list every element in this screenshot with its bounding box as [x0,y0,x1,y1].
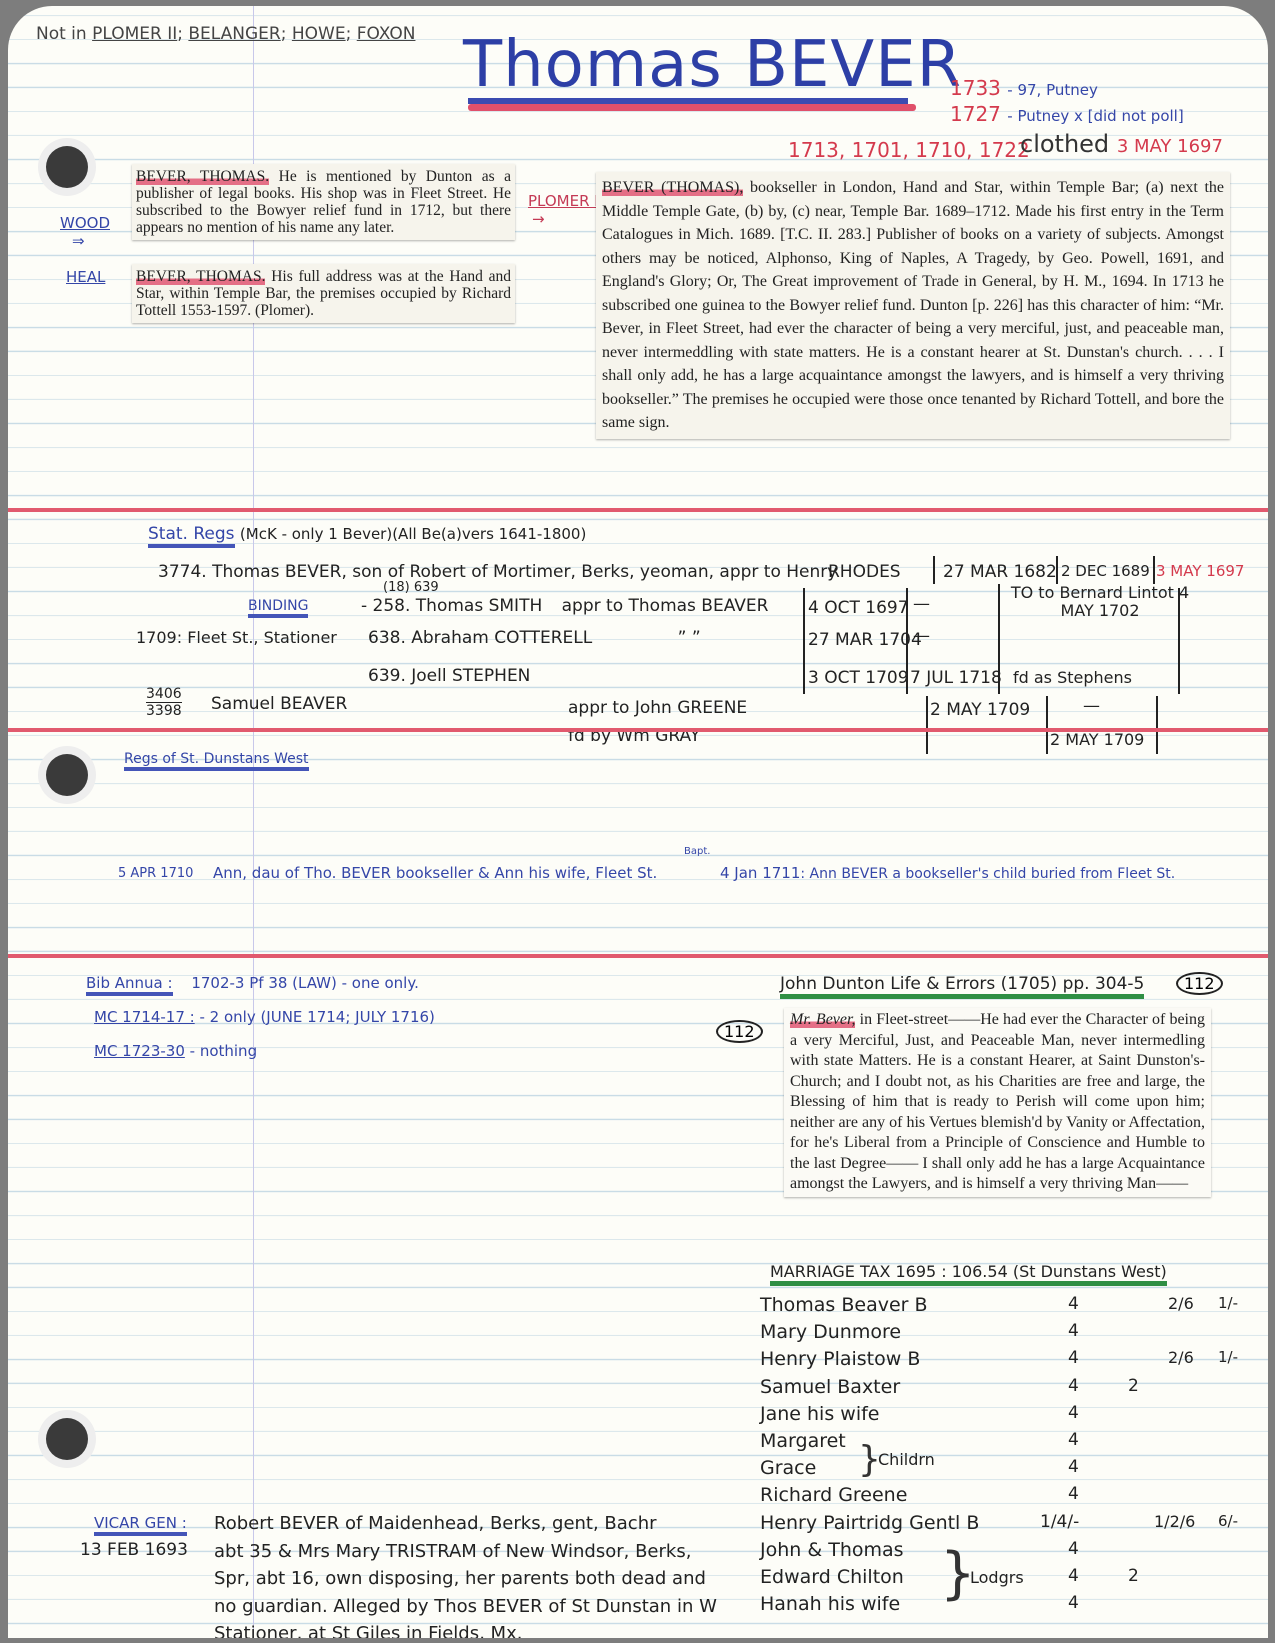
taxpayer-name: Hanah his wife [760,1593,900,1615]
entry-text: Joell STEPHEN [411,666,530,686]
page-reference-circle: 112 [716,1020,763,1043]
note-year: 1727 [950,102,1001,126]
clothed-note: clothed 3 MAY 1697 [1020,130,1223,158]
table-row: 638. Abraham COTTERELL ” ” [368,628,701,648]
vicar-gen-label: VICAR GEN : [94,1514,187,1536]
table-line [803,588,805,694]
vicar-gen-entry: Robert BEVER of Maidenhead, Berks, gent,… [214,1510,717,1638]
table-line [1156,696,1158,754]
taxpayer-name: Mary Dunmore [760,1321,901,1343]
dunton-heading: John Dunton Life & Errors (1705) pp. 304… [780,974,1144,994]
stat-regs-note: (McK - only 1 Bever)(All Be(a)vers 1641-… [240,525,586,543]
arrow-right-icon: ⇒ [60,232,110,250]
master-name: appr to Thomas BEAVER [562,596,769,616]
note-text: - 97, Putney [1007,81,1098,99]
clipping-text: in Fleet-street——He had ever the Charact… [790,1011,1205,1192]
wood-label-text: WOOD [60,214,110,232]
entry-text: Thomas SMITH [416,596,542,616]
bound-date: 4 OCT 1697 [808,598,909,618]
tax-amount: 4 [1068,1539,1079,1559]
page-reference-circle: 112 [1176,972,1223,995]
margin-line [253,6,254,1638]
baptism-text: Ann, dau of Tho. BEVER bookseller & Ann … [213,864,657,882]
tax-amount: 4 [1068,1294,1079,1314]
entry-number: 638. [368,628,406,648]
entry-number: - 258. [361,596,410,616]
table-line [1153,556,1155,584]
free-date: 2 DEC 1689 [1061,562,1150,580]
wood-clipping: BEVER, THOMAS. He is mentioned by Dunton… [132,164,515,240]
bib-label: MC 1723-30 [94,1042,185,1060]
ref-top: 3406 [146,686,182,703]
samuel-bound: 2 MAY 1709 [930,700,1030,720]
heal-clipping: BEVER, THOMAS. His full address was at t… [132,264,515,323]
bib-item: MC 1723-30 - nothing [94,1042,257,1060]
table-row: 639. Joell STEPHEN [368,666,530,686]
note-text: - Putney x [did not poll] [1007,107,1183,125]
punch-hole [46,146,88,188]
baptism-date: 5 APR 1710 [118,866,193,881]
plomer-label: PLOMER I → [528,192,599,228]
bib-label: Bib Annua : [86,974,173,996]
note-1727: 1727 - Putney x [did not poll] [950,102,1184,126]
section-divider [8,728,1268,732]
source-howe: HOWE [292,24,346,44]
entry-text: Thomas BEVER, son of Robert of Mortimer,… [212,562,837,582]
clothed-label: clothed [1020,130,1109,158]
burial-date: 4 Jan 1711 [720,864,800,882]
source-belanger: BELANGER [188,24,280,44]
side-note: 1709: Fleet St., Stationer [136,628,337,647]
free-date: 7 JUL 1718 [910,668,1002,688]
years-note: 1713, 1701, 1710, 1722 [788,138,1030,162]
tax-amount: 4 [1068,1566,1079,1586]
marriage-tax-heading-text: MARRIAGE TAX 1695 : 106.54 (St Dunstans … [770,1262,1167,1286]
taxpayer-name: Samuel Baxter [760,1376,900,1398]
bib-text: 1702-3 Pf 38 (LAW) - one only. [191,974,419,992]
sub-reference: (18) 639 [383,580,439,595]
taxpayer-name: Edward Chilton [760,1566,904,1588]
tax-amount: 4 [1068,1348,1079,1368]
tax-amount: 4 [1068,1403,1079,1423]
tax-amount: 4 [1068,1430,1079,1450]
burial-text: : Ann BEVER a bookseller's child buried … [800,866,1175,882]
table-row: - 258. Thomas SMITH appr to Thomas BEAVE… [361,596,768,616]
turnover-note: TO to Bernard Lintot 4 MAY 1702 [1010,584,1190,620]
bound-date: 27 MAR 1704 [808,630,922,650]
dunton-heading-text: John Dunton Life & Errors (1705) pp. 304… [780,974,1144,999]
samuel-free-dash: — [1083,696,1100,716]
source-foxon: FOXON [357,24,416,44]
children-label: Childrn [878,1450,935,1469]
bib-item: MC 1714-17 : - 2 only (JUNE 1714; JULY 1… [94,1008,435,1026]
samuel-reference: 3406 3398 [146,686,182,719]
table-line [1178,588,1180,694]
free-dash: — [913,626,930,646]
bapt-superscript: Bapt. [684,846,710,857]
page-title: Thomas BEVER [463,28,962,102]
clipping-name: BEVER, THOMAS. [136,268,265,285]
tax-amount: 4 [1068,1457,1079,1477]
ditto-mark: ” ” [678,628,701,648]
tax-amount: 4 [1068,1593,1079,1613]
bib-text: - nothing [190,1042,257,1060]
samuel-free: 2 MAY 1709 [1050,730,1144,749]
vicar-gen-date: 13 FEB 1693 [80,1540,188,1560]
ref-bottom: 3398 [146,703,182,719]
tax-amount: 1/4/- [1040,1512,1079,1532]
entry-text: Abraham COTTERELL [411,628,592,648]
tax-extra: 2 [1128,1566,1139,1586]
table-line [1046,696,1048,754]
bound-date: 3 OCT 1709 [808,668,909,688]
tax-col4: 1/- [1218,1294,1238,1312]
lodgers-label: Lodgrs [970,1568,1024,1587]
punch-hole [46,754,88,796]
table-line [926,696,928,754]
note-year: 1733 [950,76,1001,100]
plomer-clipping: BEVER (THOMAS), bookseller in London, Ha… [596,172,1230,439]
not-in-prefix: Not in [36,24,87,44]
tax-amount: 4 [1068,1321,1079,1341]
bib-text: - 2 only (JUNE 1714; JULY 1716) [199,1008,434,1026]
binding-label: BINDING [248,598,308,618]
note-1733: 1733 - 97, Putney [950,76,1098,100]
taxpayer-name: Jane his wife [760,1403,879,1425]
taxpayer-name: Henry Plaistow B [760,1348,920,1370]
tax-col3: 1/2/6 [1154,1512,1195,1531]
clipping-name: Mr. Bever, [790,1011,855,1028]
notebook-page: Not in PLOMER II; BELANGER; HOWE; FOXON … [8,6,1268,1638]
tax-col3: 2/6 [1168,1348,1194,1367]
vicar-gen-line: Robert BEVER of Maidenhead, Berks, gent,… [214,1510,717,1538]
clipping-name: BEVER, THOMAS. [136,168,269,185]
not-in-note: Not in PLOMER II; BELANGER; HOWE; FOXON [36,24,415,44]
dunstans-label: Regs of St. Dunstans West [124,751,309,771]
title-underline-red [468,104,916,111]
free-dash: — [913,594,930,614]
taxpayer-name: Henry Pairtridg Gentl B [760,1512,979,1534]
taxpayer-name: Grace [760,1457,816,1479]
clothed-date: 3 MAY 1697 [1117,136,1223,157]
bound-date: 27 MAR 1682 [943,562,1057,582]
heal-label: HEAL [66,268,105,286]
taxpayer-name: Thomas Beaver B [760,1294,928,1316]
marriage-tax-heading: MARRIAGE TAX 1695 : 106.54 (St Dunstans … [770,1262,1167,1281]
arrow-right-icon: → [528,210,599,228]
vicar-gen-line: Spr, abt 16, own disposing, her parents … [214,1565,717,1593]
table-row: 3774. Thomas BEVER, son of Robert of Mor… [158,562,837,582]
taxpayer-name: John & Thomas [760,1539,904,1561]
bib-label: MC 1714-17 : [94,1008,195,1026]
stat-regs-heading: Stat. Regs (McK - only 1 Bever)(All Be(a… [148,524,586,544]
tax-col4: 1/- [1218,1348,1238,1366]
clothed-date: 3 MAY 1697 [1156,562,1244,580]
table-line [906,588,908,694]
section-divider [8,954,1268,958]
clipping-name: BEVER (THOMAS), [602,179,743,196]
samuel-name: Samuel BEAVER [211,694,347,714]
tax-amount: 4 [1068,1376,1079,1396]
tax-amount: 4 [1068,1484,1079,1504]
clipping-text: bookseller in London, Hand and Star, wit… [602,179,1224,431]
table-line [933,556,935,584]
vicar-gen-line: abt 35 & Mrs Mary TRISTRAM of New Windso… [214,1538,717,1566]
master-name: RHODES [828,562,901,582]
vicar-gen-line: no guardian. Alleged by Thos BEVER of St… [214,1593,717,1621]
punch-hole [46,1418,88,1460]
stat-regs-label: Stat. Regs [148,524,235,548]
tax-extra: 2 [1128,1376,1139,1396]
vicar-gen-line: Stationer, at St Giles in Fields, Mx. [214,1620,717,1638]
table-line [998,584,1000,694]
taxpayer-name: Richard Greene [760,1484,907,1506]
dunton-clipping: Mr. Bever, in Fleet-street——He had ever … [784,1008,1211,1197]
plomer-label-text: PLOMER I [528,192,599,210]
bib-item: Bib Annua : 1702-3 Pf 38 (LAW) - one onl… [86,974,419,992]
samuel-appr: appr to John GREENE [568,698,747,718]
freedom-note: fd as Stephens [1013,668,1132,687]
source-plomer-ii: PLOMER II [92,24,177,44]
section-divider [8,508,1268,512]
wood-label: WOOD ⇒ [60,214,110,250]
burial-entry: 4 Jan 1711: Ann BEVER a bookseller's chi… [720,864,1175,882]
tax-col3: 2/6 [1168,1294,1194,1313]
entry-number: 639. [368,666,406,686]
taxpayer-name: Margaret [760,1430,846,1452]
table-line [1056,556,1058,584]
entry-number: 3774. [158,562,207,582]
tax-col4: 6/- [1218,1512,1238,1530]
